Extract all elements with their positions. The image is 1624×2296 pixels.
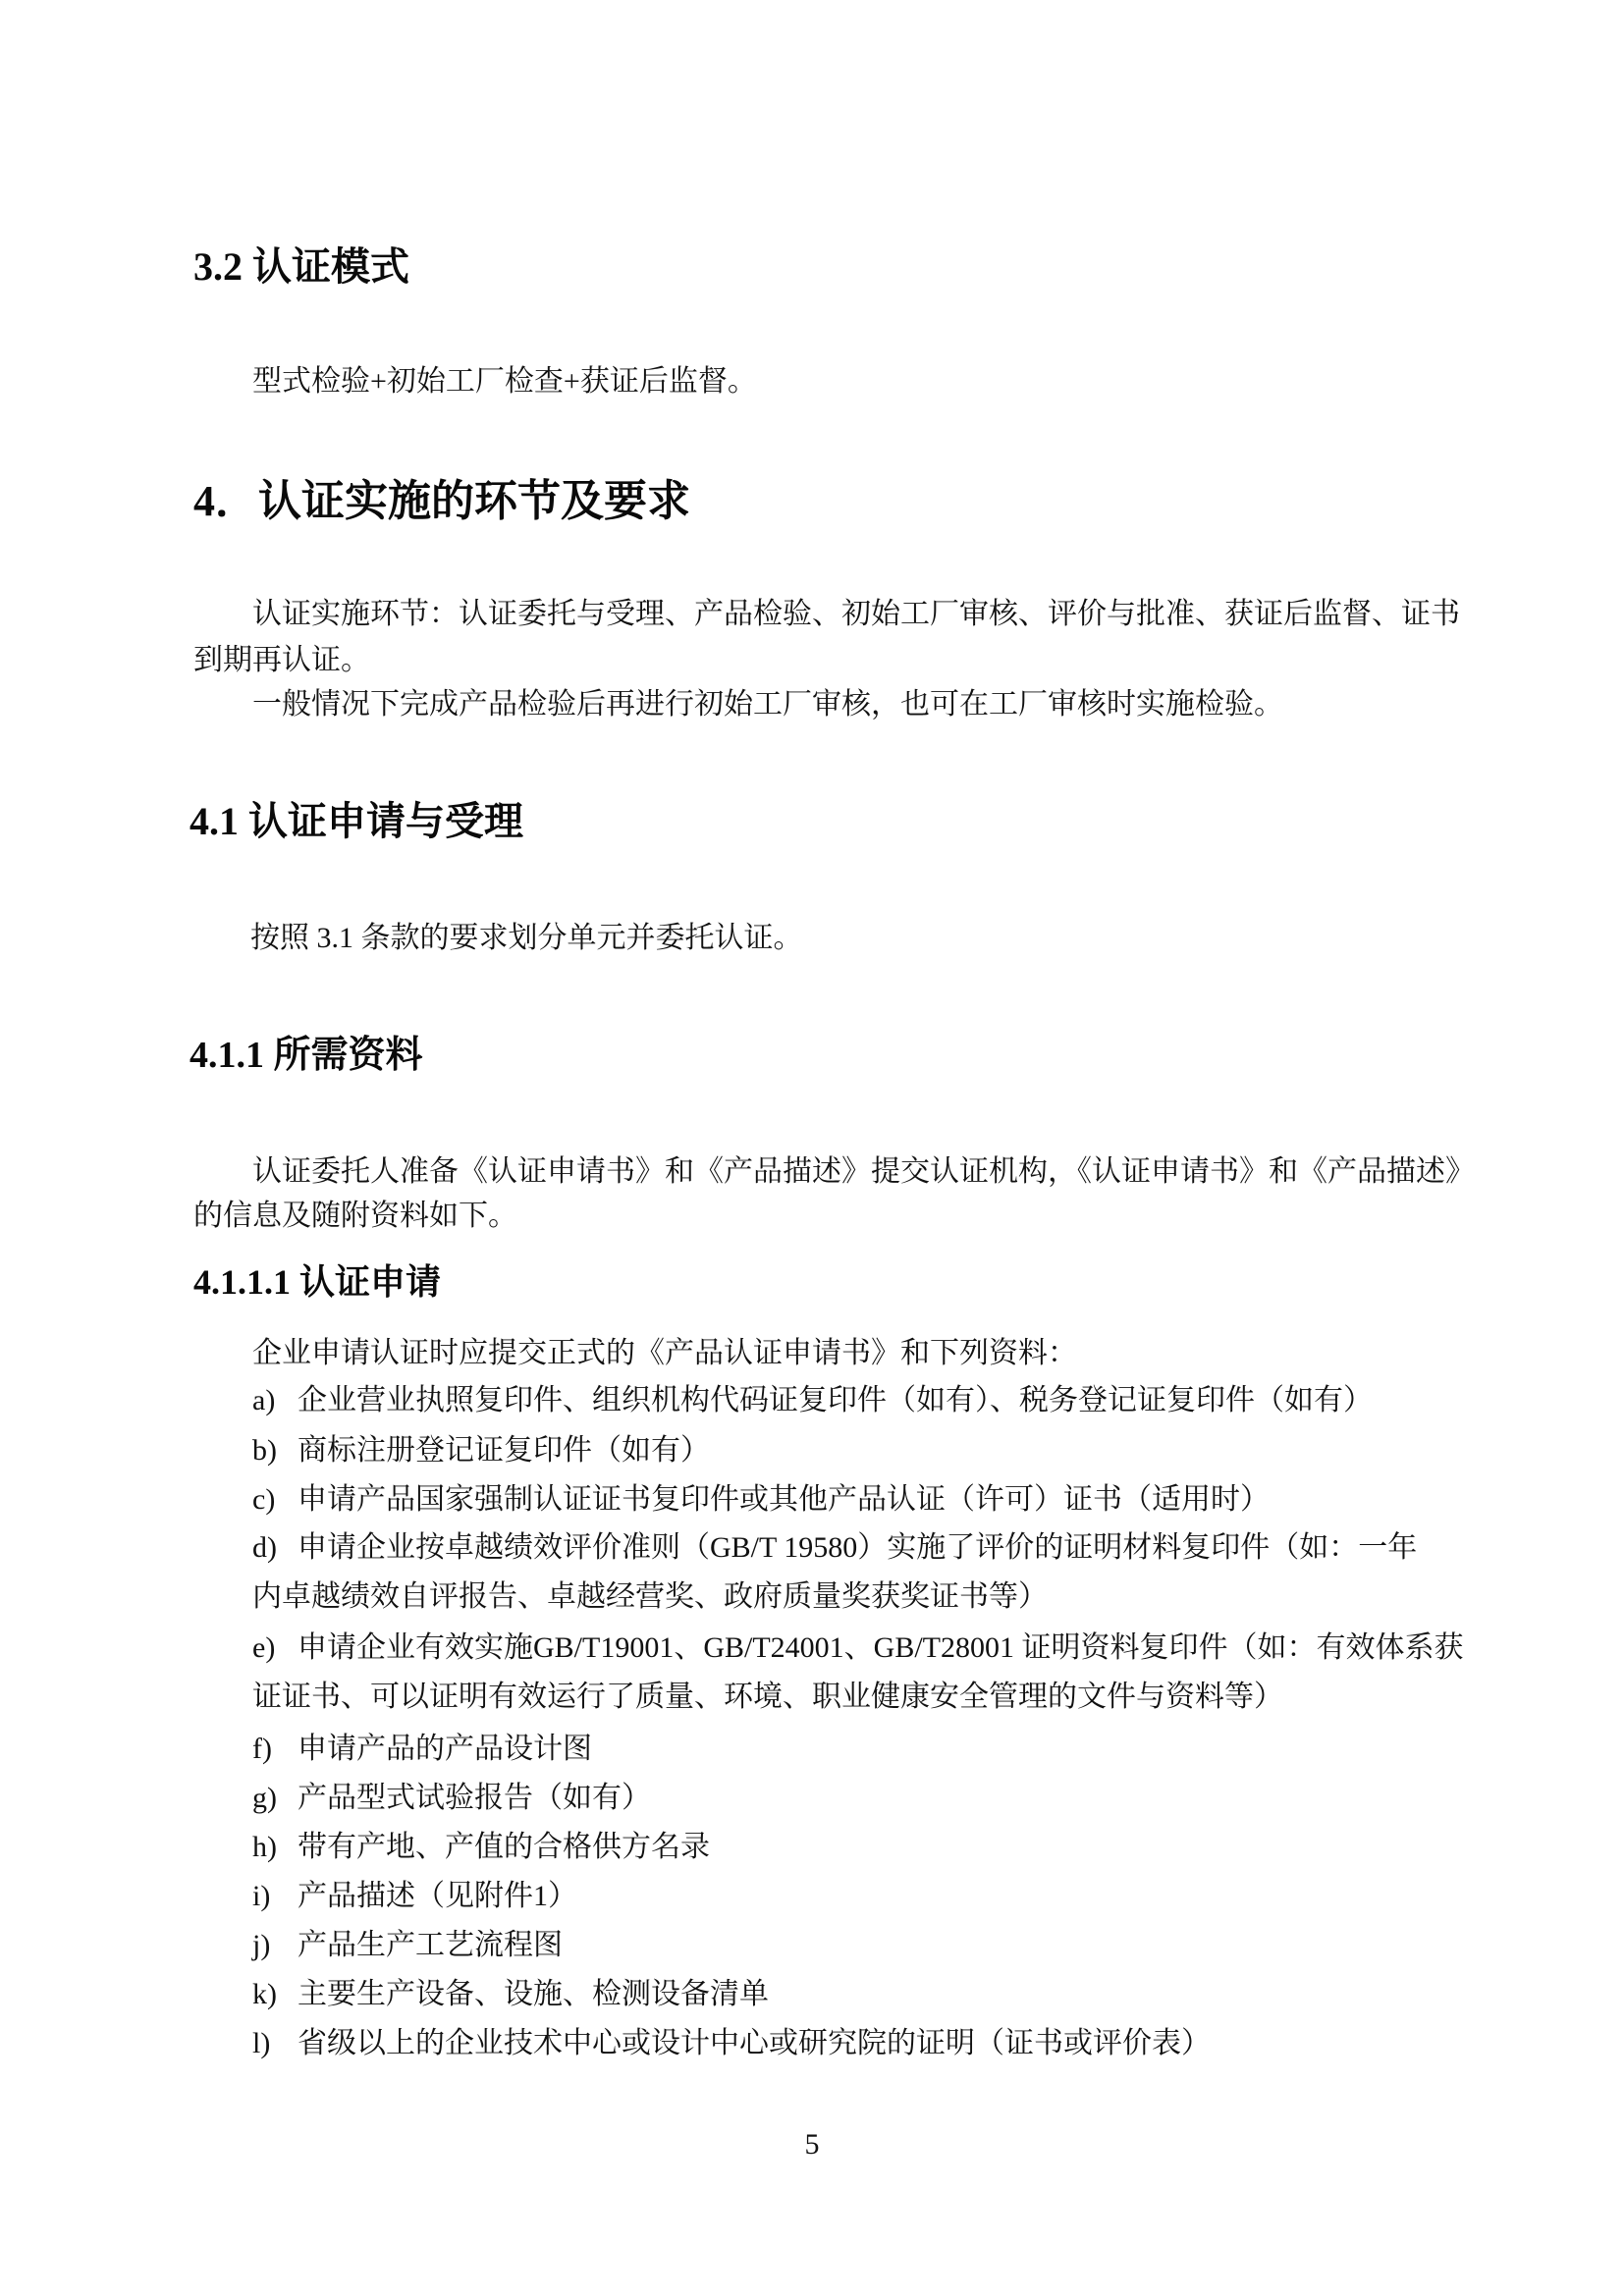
list-item-text: 申请产品的产品设计图 [298, 1733, 592, 1765]
list-item-text: 产品型式试验报告（如有） [298, 1782, 651, 1814]
paragraph-implementation-line1: 认证实施环节：认证委托与受理、产品检验、初始工厂审核、评价与批准、获证后监督、证… [252, 596, 1460, 633]
list-item-text: 企业营业执照复印件、组织机构代码证复印件（如有）、税务登记证复印件（如有） [298, 1384, 1373, 1416]
paragraph-required-docs-line2: 的信息及随附资料如下。 [193, 1198, 517, 1235]
list-item-label: l) [252, 2019, 282, 2068]
section-heading-4-1-1: 4.1.1 所需资料 [189, 1033, 423, 1080]
list-item-label: h) [252, 1823, 282, 1872]
list-intro: 企业申请认证时应提交正式的《产品认证申请书》和下列资料： [252, 1335, 1077, 1372]
list-item-label: k) [252, 1970, 282, 2019]
section-heading-4: 4．认证实施的环节及要求 [193, 474, 690, 528]
paragraph-required-docs-line1: 认证委托人准备《认证申请书》和《产品描述》提交认证机构，《认证申请书》和《产品描… [252, 1153, 1475, 1191]
paragraph-certification-mode: 型式检验+初始工厂检查+获证后监督。 [252, 363, 757, 400]
list-item-text: 申请产品国家强制认证证书复印件或其他产品认证（许可）证书（适用时） [298, 1483, 1270, 1516]
list-item-text-continued: 内卓越绩效自评报告、卓越经营奖、政府质量奖获奖证书等） [252, 1573, 1417, 1622]
list-item: f)申请产品的产品设计图 [252, 1725, 592, 1774]
list-item-label: c) [252, 1475, 282, 1524]
list-item-text: 商标注册登记证复印件（如有） [298, 1434, 710, 1467]
list-item: b)商标注册登记证复印件（如有） [252, 1426, 710, 1475]
list-item-label: i) [252, 1872, 282, 1921]
list-item: g)产品型式试验报告（如有） [252, 1774, 651, 1823]
list-item-text-continued: 证证书、可以证明有效运行了质量、环境、职业健康安全管理的文件与资料等） [252, 1673, 1464, 1722]
list-item: j)产品生产工艺流程图 [252, 1921, 563, 1970]
list-item-label: b) [252, 1426, 282, 1475]
list-item: i)产品描述（见附件1） [252, 1872, 577, 1921]
list-item-text: 带有产地、产值的合格供方名录 [298, 1831, 710, 1863]
list-item-label: f) [252, 1725, 282, 1774]
list-item: c)申请产品国家强制认证证书复印件或其他产品认证（许可）证书（适用时） [252, 1475, 1270, 1524]
list-item: h)带有产地、产值的合格供方名录 [252, 1823, 710, 1872]
list-item-text: 申请企业按卓越绩效评价准则（GB/T 19580）实施了评价的证明材料复印件（如… [298, 1531, 1417, 1564]
list-item-label: a) [252, 1376, 282, 1425]
list-item-label: j) [252, 1921, 282, 1970]
list-item: l)省级以上的企业技术中心或设计中心或研究院的证明（证书或评价表） [252, 2019, 1211, 2068]
list-item-text: 产品生产工艺流程图 [298, 1929, 563, 1961]
section-heading-4-1-1-1: 4.1.1.1 认证申请 [193, 1260, 441, 1305]
list-item-text: 产品描述（见附件1） [298, 1880, 577, 1912]
list-item-label: e) [252, 1624, 282, 1673]
paragraph-implementation-note: 一般情况下完成产品检验后再进行初始工厂审核，也可在工厂审核时实施检验。 [252, 686, 1283, 723]
document-page: 3.2 认证模式 型式检验+初始工厂检查+获证后监督。 4．认证实施的环节及要求… [0, 0, 1624, 2296]
list-item: d)申请企业按卓越绩效评价准则（GB/T 19580）实施了评价的证明材料复印件… [252, 1523, 1417, 1622]
list-item-label: g) [252, 1774, 282, 1823]
list-item-text: 申请企业有效实施GB/T19001、GB/T24001、GB/T28001 证明… [298, 1631, 1464, 1664]
section-heading-3-2: 3.2 认证模式 [193, 242, 409, 292]
list-item-text: 主要生产设备、设施、检测设备清单 [298, 1978, 769, 2010]
list-item: a)企业营业执照复印件、组织机构代码证复印件（如有）、税务登记证复印件（如有） [252, 1376, 1373, 1425]
section-heading-4-1: 4.1 认证申请与受理 [189, 797, 523, 846]
list-item: e)申请企业有效实施GB/T19001、GB/T24001、GB/T28001 … [252, 1624, 1464, 1722]
paragraph-implementation-line2: 到期再认证。 [193, 642, 370, 679]
list-item: k)主要生产设备、设施、检测设备清单 [252, 1970, 769, 2019]
list-item-text: 省级以上的企业技术中心或设计中心或研究院的证明（证书或评价表） [298, 2027, 1211, 2059]
list-item-label: d) [252, 1523, 282, 1573]
paragraph-application-acceptance: 按照 3.1 条款的要求划分单元并委托认证。 [250, 920, 803, 957]
page-number: 5 [0, 2128, 1624, 2162]
